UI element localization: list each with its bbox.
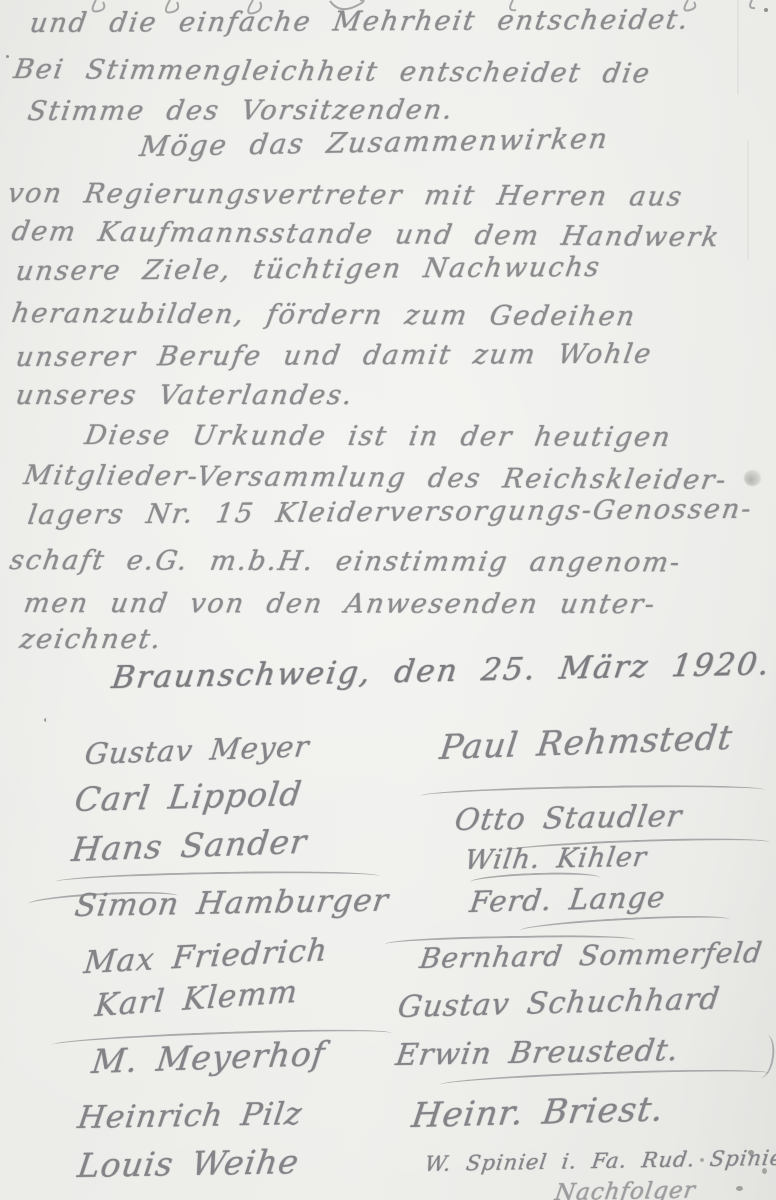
manuscript-line: schaft e.G. m.b.H. einstimmig angenom- — [7, 545, 683, 578]
speckle — [762, 1168, 767, 1174]
paper-edge-shadow — [737, 0, 739, 95]
stray-dot — [764, 8, 768, 12]
date-line: Braunschweig, den 25. März 1920. — [110, 646, 774, 696]
manuscript-line: Stimme des Vorsitzenden. — [26, 95, 457, 128]
flourish-under-rehmstedt — [420, 783, 765, 817]
manuscript-line: zeichnet. — [18, 624, 165, 655]
manuscript-line: unseres Vaterlandes. — [14, 380, 357, 411]
paper-fold-shadow — [747, 140, 749, 260]
signature: Karl Klemm — [93, 974, 299, 1025]
signature: Hans Sander — [70, 822, 310, 869]
manuscript-line: heranzubilden, fördern zum Gedeihen — [9, 298, 638, 332]
speckle — [736, 1186, 743, 1191]
signature: Carl Lippold — [72, 774, 304, 819]
signature: Gustav Meyer — [83, 729, 312, 771]
signature: Erwin Breustedt. — [394, 1033, 682, 1073]
signature: Gustav Schuchhard — [396, 982, 722, 1026]
manuscript-line: von Regierungsvertreter mit Herren aus — [5, 178, 685, 213]
manuscript-line: Mitglieder-Versammlung des Reichskleider… — [21, 460, 729, 496]
signature-partial: Nachfolger — [553, 1178, 697, 1200]
manuscript-line: Möge das Zusammenwirken — [138, 122, 612, 163]
flourish-meyerhof-lead — [52, 1026, 393, 1070]
manuscript-line: lagers Nr. 15 Kleiderversorgungs-Genosse… — [26, 494, 755, 531]
flourish-under-breustedt — [440, 1066, 771, 1107]
stray-dot — [6, 55, 9, 58]
speckle — [700, 1158, 704, 1162]
manuscript-line: Bei Stimmengleichheit entscheidet die — [11, 54, 653, 89]
manuscript-line: unserer Berufe und damit zum Wohle — [14, 339, 655, 373]
signature: Louis Weihe — [75, 1142, 302, 1185]
manuscript-line: Diese Urkunde ist in der heutigen — [82, 420, 674, 453]
smudge-spot — [744, 470, 761, 486]
signature: Paul Rehmstedt — [438, 718, 735, 768]
flourish-hook-briest — [749, 1033, 776, 1080]
manuscript-line: unsere Ziele, tüchtigen Nachwuchs — [14, 252, 603, 287]
manuscript-line: und die einfache Mehrheit entscheidet. — [28, 5, 692, 39]
signature: Heinrich Pilz — [75, 1096, 304, 1136]
manuscript-line: dem Kaufmannsstande und dem Handwerk — [9, 216, 722, 253]
signature: W. Spiniel i. Fa. Rud. Spinie — [423, 1146, 776, 1176]
manuscript-line: men und von den Anwesenden unter- — [22, 588, 659, 620]
speckle — [748, 1150, 754, 1155]
stray-dot — [44, 718, 49, 722]
manuscript-page: und die einfache Mehrheit entscheidet. B… — [0, 0, 776, 1200]
